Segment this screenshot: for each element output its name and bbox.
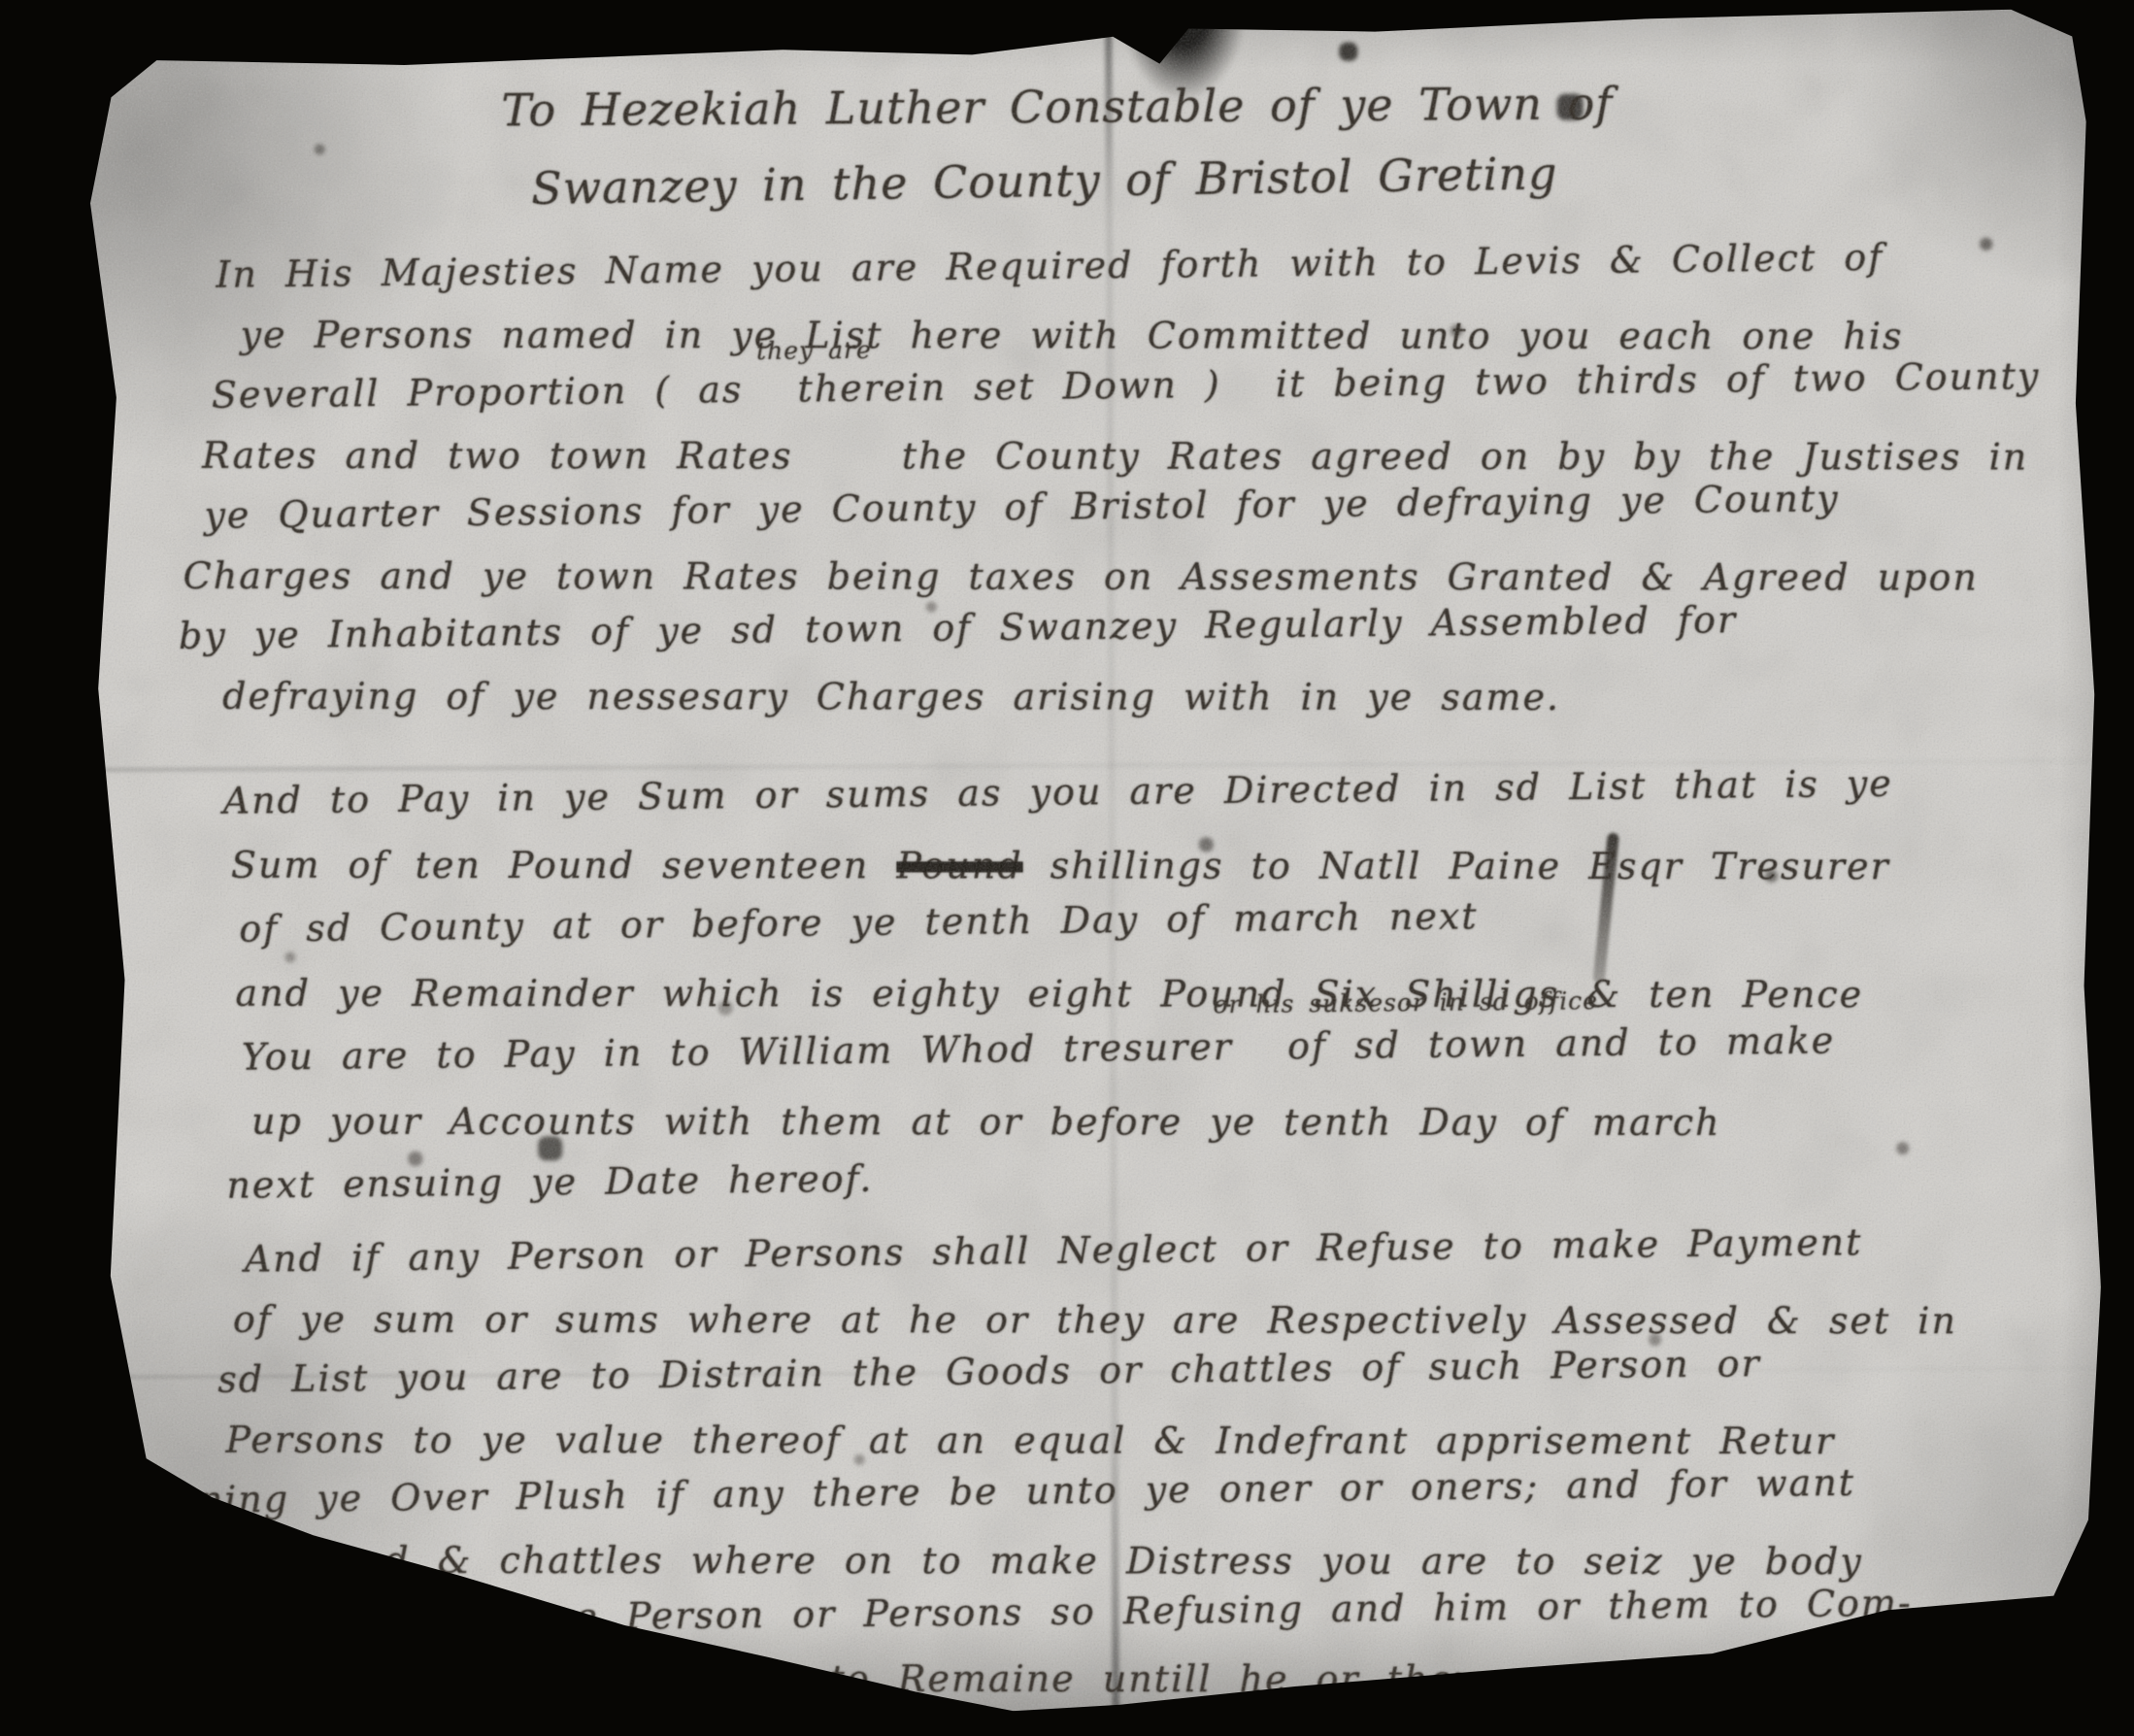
insertion-text: they are [756, 320, 872, 382]
line-text: Severall Proportion ( as [212, 368, 771, 417]
paragraph-distraint-clause: And if any Person or Persons shall Negle… [148, 1221, 1959, 1711]
photograph-background: To Hezekiah Luther Constable of ye Town … [0, 0, 2134, 1736]
insertion-text: or his suksesor in sd office [1213, 969, 1598, 1037]
line-text: You are to Pay in to William Whod tresur… [242, 1025, 1261, 1079]
paragraph-payment-instructions: And to Pay in ye Sum or sums as you are … [146, 761, 1895, 1218]
document-heading: To Hezekiah Luther Constable of ye Town … [462, 64, 1614, 222]
manuscript-line: In His Majesties Name you are Required f… [216, 225, 2040, 305]
ink-specks [0, 5, 1, 10]
heading-line-place: Swanzey in the County of Bristol Greting [531, 136, 1615, 226]
manuscript-page: To Hezekiah Luther Constable of ye Town … [0, 0, 2134, 1736]
manuscript-line: there to Remaine untill he or they [693, 1649, 1959, 1710]
manuscript-line: defraying of ye nessesary Charges arisin… [222, 666, 2042, 728]
manuscript-line: And if any Person or Persons shall Negle… [244, 1211, 1956, 1288]
paragraph-levy-order: In His Majesties Name you are Required f… [143, 237, 2042, 727]
line-text: therein set Down ) it being two thirds o… [770, 354, 2040, 411]
manuscript-line: And to Pay in ye Sum or sums as you are … [222, 751, 1893, 833]
heading-line-addressee: To Hezekiah Luther Constable of ye Town … [501, 66, 1613, 147]
line-text: Sum of ten Pound seventeen [231, 844, 896, 887]
struck-word: Pound [896, 844, 1022, 886]
